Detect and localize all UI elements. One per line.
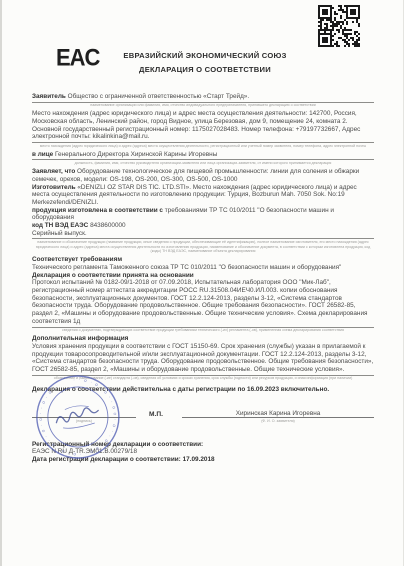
made-per-label: продукция изготовлена в соответствии с xyxy=(32,207,163,214)
address-text: Место нахождения (адрес юридического лиц… xyxy=(32,110,374,141)
declaration-document: EAC ЕВРАЗИЙСКИЙ ЭКОНОМИЧЕСКИЙ СОЮЗ ДЕКЛА… xyxy=(0,0,404,566)
stamp-place-label: М.П. xyxy=(149,411,163,419)
qr-code-icon xyxy=(318,5,362,49)
signature-row: (подпись) М.П. Хиринская Карина Игоревна… xyxy=(32,401,374,435)
address-section: Место нахождения (адрес юридического лиц… xyxy=(32,110,374,148)
additional-heading: Дополнительная информация xyxy=(32,335,374,343)
applicant-label: Заявитель xyxy=(32,93,66,100)
registration-date-label: Дата регистрации декларации о соответств… xyxy=(32,456,181,463)
representative-text: в лице Генерального Директора Хиринской … xyxy=(32,151,374,159)
union-title: ЕВРАЗИЙСКИЙ ЭКОНОМИЧЕСКИЙ СОЮЗ xyxy=(40,51,370,60)
tnved-label: код ТН ВЭД ЕАЭС xyxy=(32,222,88,229)
additional-info-section: Дополнительная информация Условия хранен… xyxy=(32,335,374,381)
representative-section: в лице Генерального Директора Хиринской … xyxy=(32,151,374,166)
manufacturer-label: Изготовитель xyxy=(32,184,76,191)
representative-value: Генерального Директора Хиринской Карины … xyxy=(55,151,217,158)
signature-caption: (подпись) xyxy=(32,419,136,423)
manufacturer-text: Изготовитель «DENIZLI OZ STAR DIS TIC. L… xyxy=(32,184,374,207)
registration-number-label: Регистрационный номер декларации о соотв… xyxy=(32,441,374,449)
registration-number: ЕАЭС N RU Д-TR.ЭМ01.В.00279/18 xyxy=(32,448,374,456)
address-caption: место нахождения (адрес юридического лиц… xyxy=(32,144,374,149)
declares-text: Заявляет, что Оборудование технологическ… xyxy=(32,168,374,183)
serial-text: Серийный выпуск. xyxy=(32,230,374,238)
additional-caption: обозначение и наименование (-ие) стандар… xyxy=(32,376,374,381)
made-per-text: продукция изготовлена в соответствии с т… xyxy=(32,207,374,222)
applicant-section: Заявитель Общество с ограниченной ответс… xyxy=(32,93,374,108)
applicant-caption: наименование организации или фамилия, им… xyxy=(32,103,374,108)
declares-value: Оборудование технологическое для пищевой… xyxy=(32,168,359,183)
applicant-text: Заявитель Общество с ограниченной ответс… xyxy=(32,93,374,101)
declares-section: Заявляет, что Оборудование технологическ… xyxy=(32,168,374,254)
registration-date: 17.09.2018 xyxy=(183,456,215,463)
representative-caption: должность, фамилия, имя, отчество руково… xyxy=(32,161,374,166)
validity-line: Декларация о соответствии действительна … xyxy=(32,386,374,394)
serial-caption: наименование и обозначение продукции (на… xyxy=(32,240,374,254)
manufacturer-value: «DENIZLI OZ STAR DIS TIC. LTD.STI». Мест… xyxy=(32,184,357,206)
applicant-value: Общество с ограниченной ответственностью… xyxy=(68,93,250,100)
tnved-text: код ТН ВЭД ЕАЭС 8438600000 xyxy=(32,222,374,230)
declaration-title: ДЕКЛАРАЦИЯ О СООТВЕТСТВИИ xyxy=(40,65,370,74)
name-line xyxy=(182,417,374,418)
additional-text: Условия хранения продукции в соответстви… xyxy=(32,343,374,374)
registration-section: Регистрационный номер декларации о соотв… xyxy=(32,441,374,464)
document-title: ЕВРАЗИЙСКИЙ ЭКОНОМИЧЕСКИЙ СОЮЗ ДЕКЛАРАЦИ… xyxy=(40,51,370,74)
registration-date-line: Дата регистрации декларации о соответств… xyxy=(32,456,374,464)
document-body: Заявитель Общество с ограниченной ответс… xyxy=(32,93,374,464)
declares-label: Заявляет, что xyxy=(32,168,75,175)
signature-line xyxy=(32,417,136,418)
basis-text: Протокол испытаний № 0182-09/1-2018 от 0… xyxy=(32,279,374,325)
name-caption: (Ф. И. О. заявителя) xyxy=(182,419,374,423)
representative-label: в лице xyxy=(32,151,53,158)
compliance-heading: Соответствует требованиям xyxy=(32,256,374,264)
compliance-section: Соответствует требованиям Технического р… xyxy=(32,256,374,332)
basis-caption: сведения о документах, подтверждающих со… xyxy=(32,328,374,333)
tnved-value: 8438600000 xyxy=(90,222,126,229)
compliance-text: Технического регламента Таможенного союз… xyxy=(32,264,374,272)
